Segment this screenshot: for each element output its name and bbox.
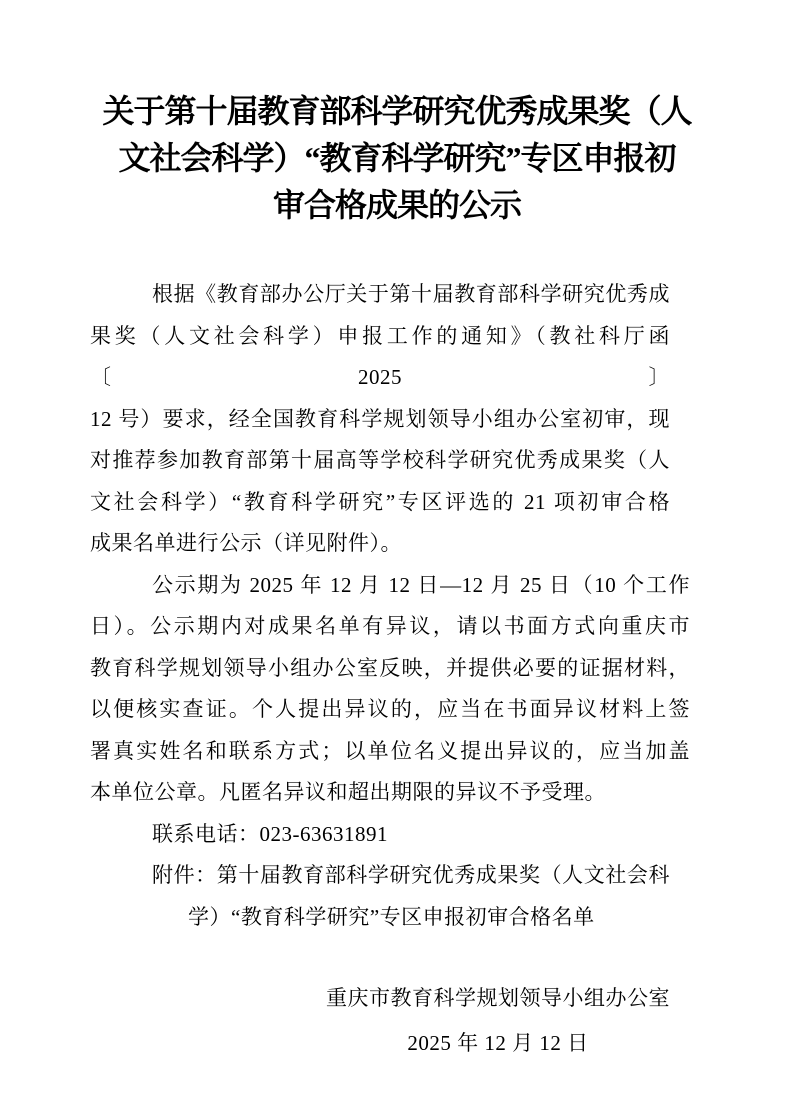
signature-date: 2025 年 12 月 12 日 (326, 1021, 670, 1066)
paragraph-line: 文社会科学）“教育科学研究”专区评选的 21 项初审合格 (90, 482, 670, 524)
paragraph-line: 以便核实查证。个人提出异议的，应当在书面异议材料上签 (90, 689, 690, 731)
signature-org: 重庆市教育科学规划领导小组办公室 (326, 976, 670, 1021)
paragraph-line: 署真实姓名和联系方式；以单位名义提出异议的，应当加盖 (90, 731, 690, 773)
contact-line: 联系电话：023-63631891 (90, 814, 670, 856)
paragraph-line: 对推荐参加教育部第十届高等学校科学研究优秀成果奖（人 (90, 440, 670, 482)
paragraph-line: 教育科学规划领导小组办公室反映，并提供必要的证据材料， (90, 648, 690, 690)
paragraph-line: 日）。公示期内对成果名单有异议，请以书面方式向重庆市 (90, 606, 690, 648)
paragraph-line: 本单位公章。凡匿名异议和超出期限的异议不予受理。 (90, 772, 690, 814)
paragraph-line: 果奖（人文社会科学）申报工作的通知》（教社科厅函〔2025〕 (90, 316, 670, 399)
contact-label: 联系电话： (152, 822, 260, 846)
attachment-line: 附件：第十届教育部科学研究优秀成果奖（人文社会科 (90, 855, 670, 897)
paragraph-line: 成果名单进行公示（详见附件）。 (90, 523, 670, 565)
attachment-reference: 附件：第十届教育部科学研究优秀成果奖（人文社会科 学）“教育科学研究”专区申报初… (90, 855, 670, 938)
title-line: 审合格成果的公示 (0, 182, 794, 229)
paragraph-line: 根据《教育部办公厅关于第十届教育部科学研究优秀成 (90, 274, 670, 316)
announcement-page: 关于第十届教育部科学研究优秀成果奖（人 文社会科学）“教育科学研究”专区申报初 … (0, 0, 794, 1108)
paragraph-line: 公示期为 2025 年 12 月 12 日—12 月 25 日（10 个工作 (90, 565, 690, 607)
contact-phone: 023-63631891 (260, 822, 389, 846)
paragraph-line: 12 号）要求，经全国教育科学规划领导小组办公室初审，现 (90, 399, 670, 441)
signature-block: 重庆市教育科学规划领导小组办公室 2025 年 12 月 12 日 (90, 976, 692, 1066)
paragraph-objection-period: 公示期为 2025 年 12 月 12 日—12 月 25 日（10 个工作 日… (90, 565, 690, 814)
title-line: 文社会科学）“教育科学研究”专区申报初 (0, 135, 794, 182)
paragraph-basis: 根据《教育部办公厅关于第十届教育部科学研究优秀成 果奖（人文社会科学）申报工作的… (90, 274, 670, 565)
document-title: 关于第十届教育部科学研究优秀成果奖（人 文社会科学）“教育科学研究”专区申报初 … (0, 0, 794, 229)
title-line: 关于第十届教育部科学研究优秀成果奖（人 (0, 88, 794, 135)
attachment-line: 学）“教育科学研究”专区申报初审合格名单 (90, 897, 670, 939)
